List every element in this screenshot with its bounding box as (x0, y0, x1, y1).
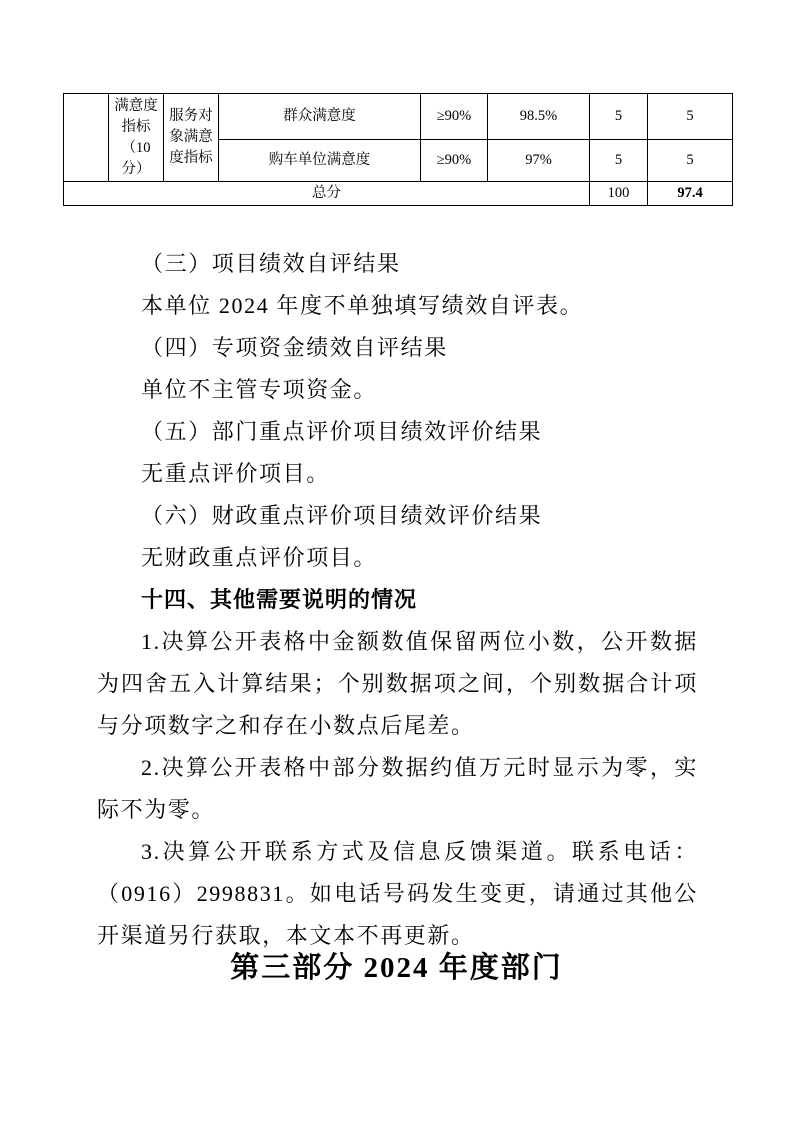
note-paragraph-1: 1.决算公开表格中金额数值保留两位小数，公开数据为四舍五入计算结果；个别数据项之… (97, 621, 698, 747)
satisfaction-group-cell: 满意度 指标 （10 分） (109, 94, 164, 182)
total-weight-cell: 100 (590, 182, 648, 206)
target-value-cell: ≥90% (421, 94, 488, 140)
section-heading-special-funds: （四）专项资金绩效自评结果 (97, 327, 698, 369)
paragraph: 单位不主管专项资金。 (97, 369, 698, 411)
service-group-cell: 服务对 象满意 度指标 (164, 94, 219, 182)
weight-cell: 5 (590, 94, 648, 140)
weight-cell: 5 (590, 140, 648, 182)
score-cell: 5 (648, 140, 733, 182)
target-value-cell: ≥90% (421, 140, 488, 182)
part-three-title: 第三部分 2024 年度部门 (0, 944, 793, 992)
paragraph: 无财政重点评价项目。 (97, 537, 698, 579)
total-score-cell: 97.4 (648, 182, 733, 206)
total-row: 总分 100 97.4 (64, 182, 733, 206)
score-cell: 5 (648, 94, 733, 140)
actual-value-cell: 98.5% (488, 94, 590, 140)
total-label-cell: 总分 (64, 182, 590, 206)
indicator-name-cell: 群众满意度 (219, 94, 421, 140)
note-paragraph-3: 3.决算公开联系方式及信息反馈渠道。联系电话：（0916）2998831。如电话… (97, 831, 698, 957)
table-row: 满意度 指标 （10 分） 服务对 象满意 度指标 群众满意度 ≥90% 98.… (64, 94, 733, 140)
document-page: 满意度 指标 （10 分） 服务对 象满意 度指标 群众满意度 ≥90% 98.… (0, 0, 793, 1122)
indicator-name-cell: 购车单位满意度 (219, 140, 421, 182)
paragraph: 本单位 2024 年度不单独填写绩效自评表。 (97, 285, 698, 327)
section-heading-project-self-eval: （三）项目绩效自评结果 (97, 243, 698, 285)
section-heading-other-notes: 十四、其他需要说明的情况 (97, 579, 698, 621)
paragraph: 无重点评价项目。 (97, 453, 698, 495)
section-heading-finance-key-eval: （六）财政重点评价项目绩效评价结果 (97, 495, 698, 537)
section-heading-dept-key-eval: （五）部门重点评价项目绩效评价结果 (97, 411, 698, 453)
empty-spanner-cell (64, 94, 109, 182)
actual-value-cell: 97% (488, 140, 590, 182)
document-body: （三）项目绩效自评结果 本单位 2024 年度不单独填写绩效自评表。 （四）专项… (97, 243, 698, 957)
note-paragraph-2: 2.决算公开表格中部分数据约值万元时显示为零，实际不为零。 (97, 747, 698, 831)
performance-indicator-table: 满意度 指标 （10 分） 服务对 象满意 度指标 群众满意度 ≥90% 98.… (63, 93, 733, 206)
